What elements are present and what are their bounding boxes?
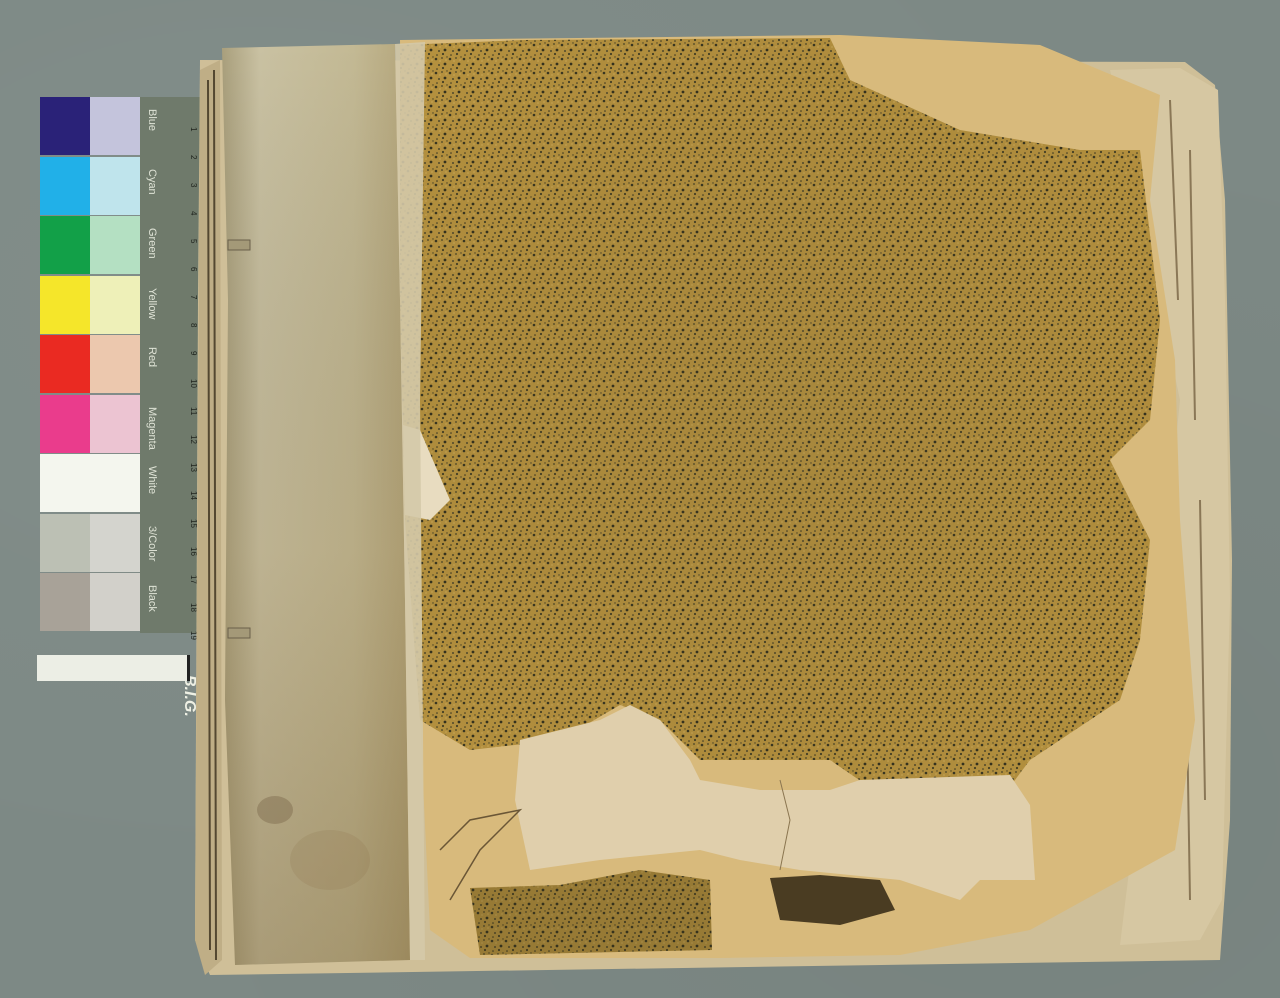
historic-book — [0, 0, 1280, 998]
book-illustration — [0, 0, 1280, 998]
